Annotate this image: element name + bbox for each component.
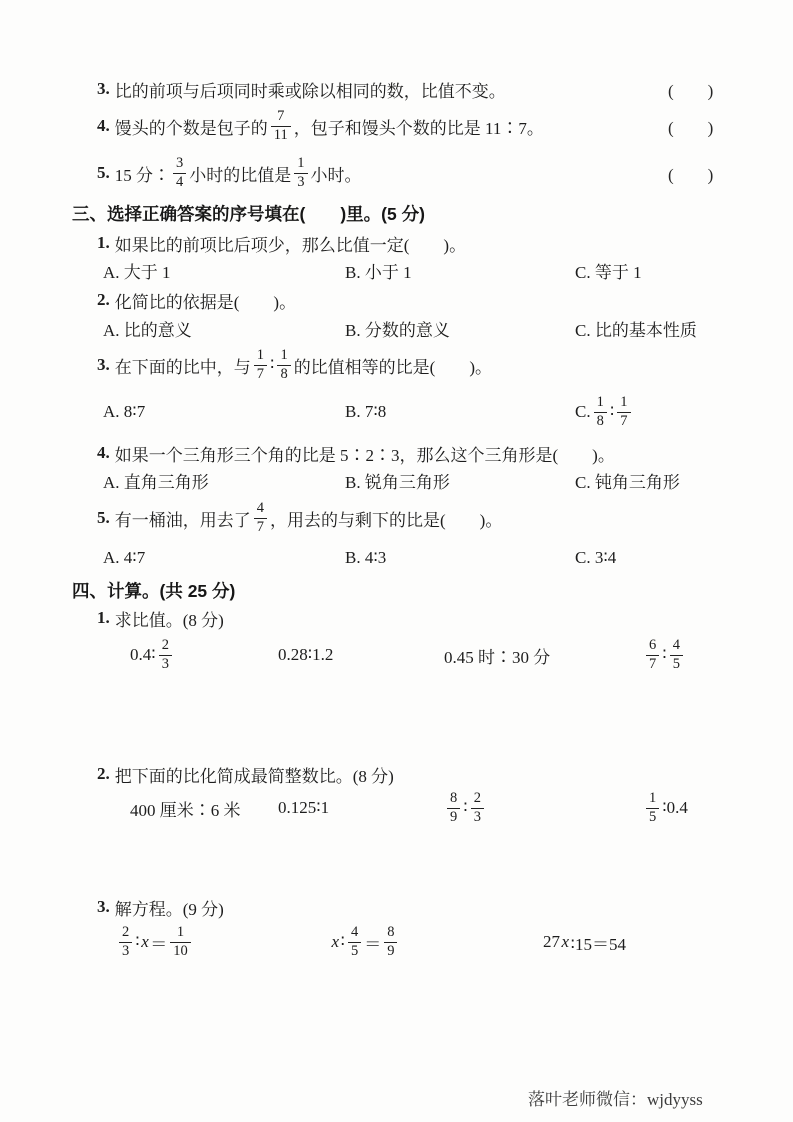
fraction-denominator: 3 xyxy=(294,173,307,191)
text-run: 比的前项与后项同时乘或除以相同的数，比值不变。 xyxy=(115,77,506,102)
text-run: A. 大于 1 xyxy=(103,258,171,283)
calc-sub1-title: 1. 求比值。(8 分) xyxy=(0,606,793,630)
judge-item-5: 5. 15 分∶34小时的比值是13小时。 ( ) xyxy=(0,152,793,194)
text-run: 0.45 时∶30 分 xyxy=(444,643,550,668)
question-number: 5. xyxy=(97,508,110,528)
question-text: 比的前项与后项同时乘或除以相同的数，比值不变。 xyxy=(115,77,506,102)
expression: 400 厘米∶6 米 xyxy=(130,787,241,829)
footer-contact: 落叶老师微信：wjdyyss xyxy=(528,1085,703,1110)
option-a: A. 8∶7 xyxy=(103,391,145,433)
fraction-denominator: 3 xyxy=(119,942,132,960)
math-variable: x xyxy=(330,932,341,952)
text-run: A. 8∶7 xyxy=(103,402,145,422)
fraction-denominator: 5 xyxy=(348,942,361,960)
question-number: 5. xyxy=(97,163,110,183)
text-run: 馒头的个数是包子的 xyxy=(115,114,268,139)
fraction-denominator: 9 xyxy=(384,942,397,960)
question-number: 3. xyxy=(97,355,110,375)
fraction-numerator: 8 xyxy=(447,791,460,808)
text-run: C. xyxy=(575,402,591,422)
text-run: C. 钝角三角形 xyxy=(575,468,680,493)
judge-item-4: 4. 馒头的个数是包子的711，包子和馒头个数的比是 11∶7。 ( ) xyxy=(0,105,793,147)
fraction-numerator: 1 xyxy=(294,156,307,173)
question-number: 4. xyxy=(97,443,110,463)
fraction-denominator: 4 xyxy=(173,173,186,191)
text-run: ∶ xyxy=(463,798,467,818)
fraction-numerator: 4 xyxy=(670,638,683,655)
equation: x∶45＝89 xyxy=(330,921,400,963)
option-c: C. 钝角三角形 xyxy=(575,468,680,492)
text-run: B. 7∶8 xyxy=(345,402,386,422)
text-run: ∶ xyxy=(662,645,666,665)
fraction-denominator: 9 xyxy=(447,808,460,826)
option-c: C. 18∶17 xyxy=(575,391,634,433)
judge-item-3: 3. 比的前项与后项同时乘或除以相同的数，比值不变。 ( ) xyxy=(0,76,793,102)
choice-q5-stem: 5. 有一桶油，用去了47，用去的与剩下的比是( )。 xyxy=(0,497,793,539)
expression: 0.125∶1 xyxy=(278,787,329,829)
fraction: 23 xyxy=(159,638,172,672)
option-b: B. 小于 1 xyxy=(345,258,412,282)
fraction-numerator: 1 xyxy=(594,395,607,412)
option-a: A. 直角三角形 xyxy=(103,468,209,492)
calc-sub3-equations: 23∶x＝110 x∶45＝89 27x∶15＝54 xyxy=(0,921,793,963)
answer-parentheses: ( ) xyxy=(668,77,713,102)
fraction-denominator: 7 xyxy=(254,365,267,383)
text-run: B. 4∶3 xyxy=(345,548,386,568)
calc-sub1-expressions: 0.4∶23 0.28∶1.2 0.45 时∶30 分 67∶45 xyxy=(0,634,793,676)
fraction: 89 xyxy=(447,791,460,825)
fraction: 110 xyxy=(170,925,191,959)
fraction-denominator: 8 xyxy=(594,412,607,430)
text-run: 如果一个三角形三个角的比是 5∶2∶3，那么这个三角形是( )。 xyxy=(115,441,615,466)
option-b: B. 分数的意义 xyxy=(345,316,450,340)
choice-q4-options: A. 直角三角形 B. 锐角三角形 C. 钝角三角形 xyxy=(0,468,793,492)
text-run: 的比值相等的比是( )。 xyxy=(294,353,492,378)
expression: 15∶0.4 xyxy=(643,787,688,829)
fraction: 17 xyxy=(617,395,630,429)
option-b: B. 4∶3 xyxy=(345,546,386,570)
fraction-numerator: 4 xyxy=(348,925,361,942)
choice-q1-options: A. 大于 1 B. 小于 1 C. 等于 1 xyxy=(0,258,793,282)
fraction-numerator: 8 xyxy=(384,925,397,942)
question-text: 有一桶油，用去了47，用去的与剩下的比是( )。 xyxy=(115,501,503,535)
equation: 23∶x＝110 xyxy=(116,921,194,963)
option-c: C. 比的基本性质 xyxy=(575,316,697,340)
choice-q3-stem: 3. 在下面的比中，与17∶18的比值相等的比是( )。 xyxy=(0,344,793,386)
fraction: 13 xyxy=(294,156,307,190)
text-run: ＝ xyxy=(150,930,167,955)
fraction-denominator: 10 xyxy=(170,942,191,960)
text-run: B. 分数的意义 xyxy=(345,316,450,341)
text-run: A. 直角三角形 xyxy=(103,468,209,493)
text-run: ，包子和馒头个数的比是 11∶7。 xyxy=(294,114,544,139)
subsection-title: 求比值。(8 分) xyxy=(115,606,224,631)
text-run: 0.28∶1.2 xyxy=(278,645,333,665)
text-run: A. 4∶7 xyxy=(103,548,145,568)
option-c: C. 3∶4 xyxy=(575,546,616,570)
choice-q2-options: A. 比的意义 B. 分数的意义 C. 比的基本性质 xyxy=(0,316,793,340)
answer-parentheses: ( ) xyxy=(668,161,713,186)
fraction: 711 xyxy=(271,109,291,143)
option-a: A. 4∶7 xyxy=(103,546,145,570)
expression: 67∶45 xyxy=(643,634,686,676)
fraction-denominator: 5 xyxy=(646,808,659,826)
fraction-numerator: 6 xyxy=(646,638,659,655)
fraction: 18 xyxy=(594,395,607,429)
fraction: 34 xyxy=(173,156,186,190)
choice-q2-stem: 2. 化简比的依据是( )。 xyxy=(0,288,793,312)
question-text: 如果一个三角形三个角的比是 5∶2∶3，那么这个三角形是( )。 xyxy=(115,441,615,466)
fraction-denominator: 11 xyxy=(271,126,291,144)
fraction-numerator: 1 xyxy=(277,348,290,365)
fraction-numerator: 2 xyxy=(471,791,484,808)
question-text: 馒头的个数是包子的711，包子和馒头个数的比是 11∶7。 xyxy=(115,109,544,143)
fraction: 89 xyxy=(384,925,397,959)
fraction: 47 xyxy=(254,501,267,535)
question-number: 3. xyxy=(97,79,110,99)
fraction-denominator: 8 xyxy=(277,365,290,383)
text-run: 0.125∶1 xyxy=(278,798,329,818)
fraction-denominator: 3 xyxy=(471,808,484,826)
answer-parentheses: ( ) xyxy=(668,114,713,139)
text-run: ∶15＝54 xyxy=(571,930,626,955)
fraction: 17 xyxy=(254,348,267,382)
expression: 0.4∶23 xyxy=(130,634,175,676)
calc-sub2-title: 2. 把下面的比化简成最简整数比。(8 分) xyxy=(0,762,793,786)
fraction-denominator: 7 xyxy=(617,412,630,430)
question-text: 在下面的比中，与17∶18的比值相等的比是( )。 xyxy=(115,348,492,382)
text-run: 化简比的依据是( )。 xyxy=(115,288,296,313)
text-run: ∶0.4 xyxy=(662,798,688,818)
fraction: 18 xyxy=(277,348,290,382)
text-run: 小时的比值是 xyxy=(189,161,291,186)
fraction-denominator: 7 xyxy=(254,518,267,536)
expression: 0.45 时∶30 分 xyxy=(444,634,550,676)
text-run: 有一桶油，用去了 xyxy=(115,506,251,531)
text-run: C. 比的基本性质 xyxy=(575,316,697,341)
fraction-numerator: 1 xyxy=(646,791,659,808)
text-run: B. 锐角三角形 xyxy=(345,468,450,493)
option-a: A. 大于 1 xyxy=(103,258,171,282)
text-run: 400 厘米∶6 米 xyxy=(130,796,241,821)
question-text: 如果比的前项比后项少，那么比值一定( )。 xyxy=(115,231,466,256)
fraction: 15 xyxy=(646,791,659,825)
subsection-title: 把下面的比化简成最简整数比。(8 分) xyxy=(115,762,394,787)
fraction-denominator: 3 xyxy=(159,655,172,673)
expression: 0.28∶1.2 xyxy=(278,634,333,676)
fraction-numerator: 2 xyxy=(119,925,132,942)
question-number: 3. xyxy=(97,897,110,917)
option-b: B. 7∶8 xyxy=(345,391,386,433)
expression: 89∶23 xyxy=(444,787,487,829)
section-heading-choice: 三、选择正确答案的序号填在( )里。(5 分) xyxy=(0,201,793,226)
text-run: ∶ xyxy=(270,355,274,375)
text-run: 在下面的比中，与 xyxy=(115,353,251,378)
question-number: 2. xyxy=(97,290,110,310)
equation: 27x∶15＝54 xyxy=(543,921,626,963)
fraction-numerator: 1 xyxy=(617,395,630,412)
fraction-numerator: 3 xyxy=(173,156,186,173)
calc-sub2-expressions: 400 厘米∶6 米 0.125∶1 89∶23 15∶0.4 xyxy=(0,787,793,829)
fraction: 23 xyxy=(119,925,132,959)
fraction: 23 xyxy=(471,791,484,825)
text-run: ，用去的与剩下的比是( )。 xyxy=(270,506,502,531)
text-run: 小时。 xyxy=(311,161,362,186)
text-run: A. 比的意义 xyxy=(103,316,192,341)
text-run: ＝ xyxy=(364,930,381,955)
fraction-numerator: 4 xyxy=(254,501,267,518)
fraction-numerator: 7 xyxy=(274,109,287,126)
text-run: ∶ xyxy=(610,402,614,422)
subsection-title: 解方程。(9 分) xyxy=(115,895,224,920)
fraction-numerator: 1 xyxy=(174,925,187,942)
math-variable: x xyxy=(560,932,571,952)
choice-q4-stem: 4. 如果一个三角形三个角的比是 5∶2∶3，那么这个三角形是( )。 xyxy=(0,441,793,465)
text-run: 27 xyxy=(543,932,560,952)
question-text: 15 分∶34小时的比值是13小时。 xyxy=(115,156,362,190)
fraction-denominator: 5 xyxy=(670,655,683,673)
question-text: 化简比的依据是( )。 xyxy=(115,288,296,313)
choice-q3-options: A. 8∶7 B. 7∶8 C. 18∶17 xyxy=(0,391,793,433)
question-number: 1. xyxy=(97,608,110,628)
fraction: 67 xyxy=(646,638,659,672)
text-run: ∶ xyxy=(341,932,345,952)
text-run: 15 分∶ xyxy=(115,161,170,186)
text-run: B. 小于 1 xyxy=(345,258,412,283)
fraction-numerator: 2 xyxy=(159,638,172,655)
option-a: A. 比的意义 xyxy=(103,316,192,340)
calc-sub3-title: 3. 解方程。(9 分) xyxy=(0,895,793,919)
question-number: 1. xyxy=(97,233,110,253)
fraction: 45 xyxy=(348,925,361,959)
worksheet-page: 3. 比的前项与后项同时乘或除以相同的数，比值不变。 ( ) 4. 馒头的个数是… xyxy=(0,0,793,1122)
fraction-denominator: 7 xyxy=(646,655,659,673)
text-run: 如果比的前项比后项少，那么比值一定( )。 xyxy=(115,231,466,256)
fraction-numerator: 1 xyxy=(254,348,267,365)
section-heading-calc: 四、计算。(共 25 分) xyxy=(0,578,793,603)
text-run: C. 等于 1 xyxy=(575,258,642,283)
choice-q5-options: A. 4∶7 B. 4∶3 C. 3∶4 xyxy=(0,546,793,570)
text-run: 0.4∶ xyxy=(130,645,156,665)
choice-q1-stem: 1. 如果比的前项比后项少，那么比值一定( )。 xyxy=(0,231,793,255)
math-variable: x xyxy=(140,932,151,952)
option-b: B. 锐角三角形 xyxy=(345,468,450,492)
fraction: 45 xyxy=(670,638,683,672)
question-number: 2. xyxy=(97,764,110,784)
text-run: C. 3∶4 xyxy=(575,548,616,568)
option-c: C. 等于 1 xyxy=(575,258,642,282)
question-number: 4. xyxy=(97,116,110,136)
